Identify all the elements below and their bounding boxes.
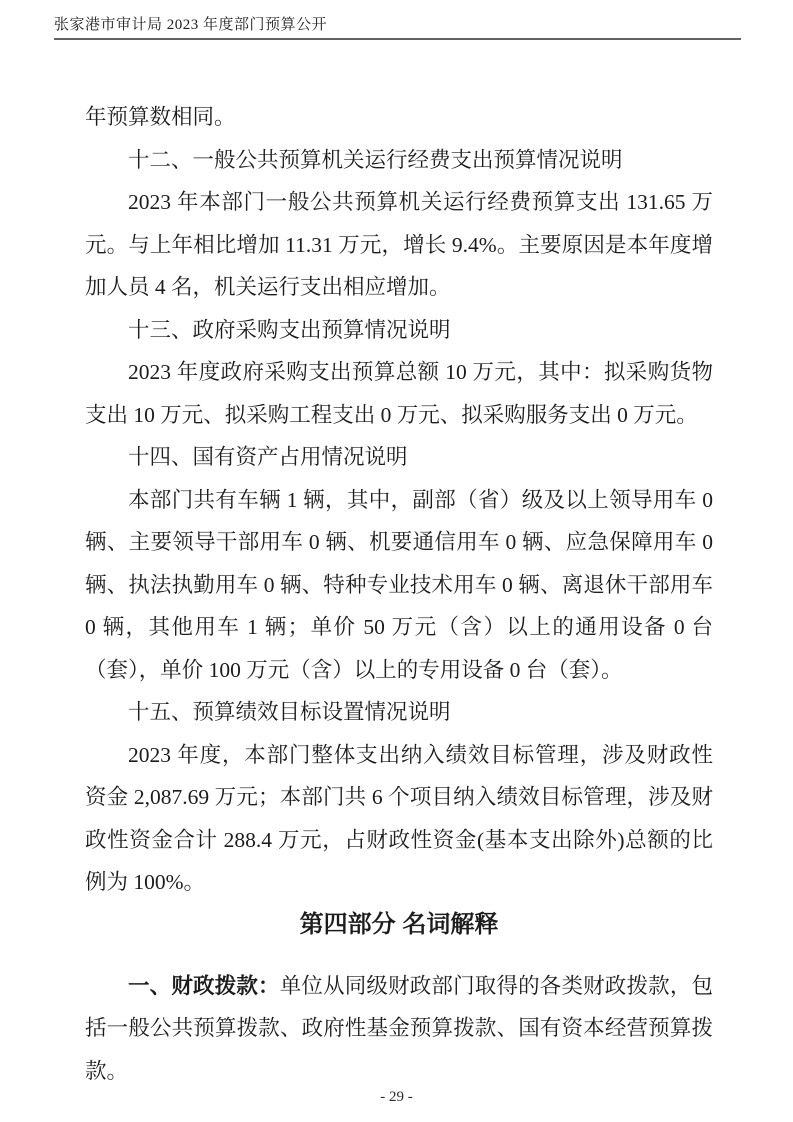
document-body: 年预算数相同。 十二、一般公共预算机关运行经费支出预算情况说明 2023 年本部…: [85, 96, 713, 1092]
term-lead: 一、财政拨款：: [128, 974, 280, 998]
header-title: 张家港市审计局 2023 年度部门预算公开: [54, 15, 741, 35]
section-heading-14: 十四、国有资产占用情况说明: [85, 436, 713, 479]
section-heading-15: 十五、预算绩效目标设置情况说明: [85, 691, 713, 734]
header-rule: [54, 38, 741, 40]
term-paragraph-1: 一、财政拨款：单位从同级财政部门取得的各类财政拨款，包括一般公共预算拨款、政府性…: [85, 965, 713, 1093]
section-heading-12: 十二、一般公共预算机关运行经费支出预算情况说明: [85, 139, 713, 182]
part-four-title: 第四部分 名词解释: [85, 908, 713, 942]
page-header: 张家港市审计局 2023 年度部门预算公开: [54, 15, 741, 40]
continuation-paragraph: 年预算数相同。: [85, 96, 713, 139]
section-heading-13: 十三、政府采购支出预算情况说明: [85, 309, 713, 352]
page-number: - 29 -: [380, 1089, 413, 1105]
section-paragraph-15: 2023 年度，本部门整体支出纳入绩效目标管理，涉及财政性资金 2,087.69…: [85, 734, 713, 904]
page-footer: - 29 -: [0, 1088, 793, 1106]
document-page: 张家港市审计局 2023 年度部门预算公开 年预算数相同。 十二、一般公共预算机…: [0, 0, 793, 1122]
section-paragraph-13: 2023 年度政府采购支出预算总额 10 万元，其中：拟采购货物支出 10 万元…: [85, 351, 713, 436]
section-paragraph-14: 本部门共有车辆 1 辆，其中，副部（省）级及以上领导用车 0 辆、主要领导干部用…: [85, 479, 713, 692]
section-paragraph-12: 2023 年本部门一般公共预算机关运行经费预算支出 131.65 万元。与上年相…: [85, 181, 713, 309]
